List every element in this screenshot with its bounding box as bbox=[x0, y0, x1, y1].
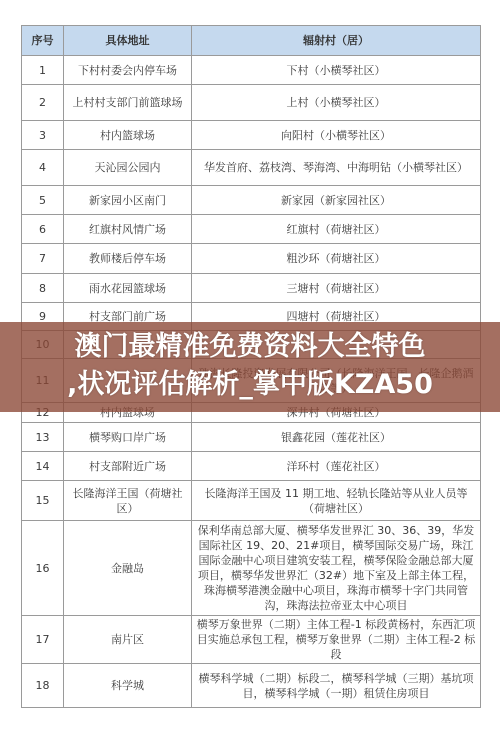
document-image: 序号 具体地址 辐射村（居） 1下村村委会内停车场下村（小横琴社区）2上村村支部… bbox=[0, 0, 500, 746]
cell-serial: 4 bbox=[22, 150, 64, 186]
cell-address: 村内篮球场 bbox=[64, 121, 192, 150]
caption-overlay-text: 澳门最精准免费资料大全特色 ,状况评估解析_掌中版KZA50 bbox=[0, 322, 500, 412]
cell-serial: 16 bbox=[22, 521, 64, 616]
cell-address: 长隆海洋王国（荷塘社区） bbox=[64, 481, 192, 521]
cell-serial: 8 bbox=[22, 274, 64, 303]
cell-address: 村支部附近广场 bbox=[64, 452, 192, 481]
cell-address: 南片区 bbox=[64, 616, 192, 664]
cell-address: 红旗村风情广场 bbox=[64, 215, 192, 244]
caption-line-1: 澳门最精准免费资料大全特色 bbox=[0, 328, 500, 366]
table-row: 1下村村委会内停车场下村（小横琴社区） bbox=[22, 56, 481, 85]
cell-coverage: 粗沙环（荷塘社区） bbox=[192, 244, 481, 274]
cell-address: 新家园小区南门 bbox=[64, 186, 192, 215]
table-row: 3村内篮球场向阳村（小横琴社区） bbox=[22, 121, 481, 150]
table-row: 18科学城横琴科学城（二期）标段二，横琴科学城（三期）基坑项目，横琴科学城（一期… bbox=[22, 664, 481, 708]
cell-coverage: 红旗村（荷塘社区） bbox=[192, 215, 481, 244]
cell-serial: 14 bbox=[22, 452, 64, 481]
table-row: 7教师楼后停车场粗沙环（荷塘社区） bbox=[22, 244, 481, 274]
cell-coverage: 保利华南总部大厦、横琴华发世界汇 30、36、39，华发国际社区 19、20、2… bbox=[192, 521, 481, 616]
cell-serial: 13 bbox=[22, 423, 64, 452]
table-row: 4天沁园公园内华发首府、荔枝湾、琴海湾、中海明钻（小横琴社区） bbox=[22, 150, 481, 186]
cell-address: 天沁园公园内 bbox=[64, 150, 192, 186]
cell-address: 教师楼后停车场 bbox=[64, 244, 192, 274]
header-serial: 序号 bbox=[22, 26, 64, 56]
header-coverage: 辐射村（居） bbox=[192, 26, 481, 56]
cell-coverage: 银鑫花园（莲花社区） bbox=[192, 423, 481, 452]
header-address: 具体地址 bbox=[64, 26, 192, 56]
cell-coverage: 横琴科学城（二期）标段二，横琴科学城（三期）基坑项目，横琴科学城（一期）租赁住房… bbox=[192, 664, 481, 708]
cell-serial: 3 bbox=[22, 121, 64, 150]
cell-address: 科学城 bbox=[64, 664, 192, 708]
table-row: 16金融岛保利华南总部大厦、横琴华发世界汇 30、36、39，华发国际社区 19… bbox=[22, 521, 481, 616]
cell-serial: 17 bbox=[22, 616, 64, 664]
cell-coverage: 华发首府、荔枝湾、琴海湾、中海明钻（小横琴社区） bbox=[192, 150, 481, 186]
cell-address: 金融岛 bbox=[64, 521, 192, 616]
table-row: 15长隆海洋王国（荷塘社区）长隆海洋王国及 11 期工地、轻轨长隆站等从业人员等… bbox=[22, 481, 481, 521]
cell-coverage: 洋环村（莲花社区） bbox=[192, 452, 481, 481]
cell-coverage: 下村（小横琴社区） bbox=[192, 56, 481, 85]
cell-address: 雨水花园篮球场 bbox=[64, 274, 192, 303]
cell-serial: 7 bbox=[22, 244, 64, 274]
cell-coverage: 横琴万象世界（二期）主体工程-1 标段黄杨村，东西汇项目实施总承包工程，横琴万象… bbox=[192, 616, 481, 664]
cell-address: 下村村委会内停车场 bbox=[64, 56, 192, 85]
table-row: 2上村村支部门前篮球场上村（小横琴社区） bbox=[22, 85, 481, 121]
table-row: 6红旗村风情广场红旗村（荷塘社区） bbox=[22, 215, 481, 244]
cell-serial: 18 bbox=[22, 664, 64, 708]
cell-serial: 2 bbox=[22, 85, 64, 121]
cell-coverage: 长隆海洋王国及 11 期工地、轻轨长隆站等从业人员等（荷塘社区） bbox=[192, 481, 481, 521]
cell-coverage: 三塘村（荷塘社区） bbox=[192, 274, 481, 303]
table-header-row: 序号 具体地址 辐射村（居） bbox=[22, 26, 481, 56]
table-row: 5新家园小区南门新家园（新家园社区） bbox=[22, 186, 481, 215]
table-row: 13横琴购口岸广场银鑫花园（莲花社区） bbox=[22, 423, 481, 452]
cell-address: 横琴购口岸广场 bbox=[64, 423, 192, 452]
cell-address: 上村村支部门前篮球场 bbox=[64, 85, 192, 121]
table-row: 17南片区横琴万象世界（二期）主体工程-1 标段黄杨村，东西汇项目实施总承包工程… bbox=[22, 616, 481, 664]
caption-line-2: ,状况评估解析_掌中版KZA50 bbox=[0, 366, 500, 404]
cell-coverage: 上村（小横琴社区） bbox=[192, 85, 481, 121]
cell-serial: 6 bbox=[22, 215, 64, 244]
cell-serial: 5 bbox=[22, 186, 64, 215]
table-row: 8雨水花园篮球场三塘村（荷塘社区） bbox=[22, 274, 481, 303]
cell-coverage: 向阳村（小横琴社区） bbox=[192, 121, 481, 150]
cell-coverage: 新家园（新家园社区） bbox=[192, 186, 481, 215]
cell-serial: 15 bbox=[22, 481, 64, 521]
table-row: 14村支部附近广场洋环村（莲花社区） bbox=[22, 452, 481, 481]
cell-serial: 1 bbox=[22, 56, 64, 85]
